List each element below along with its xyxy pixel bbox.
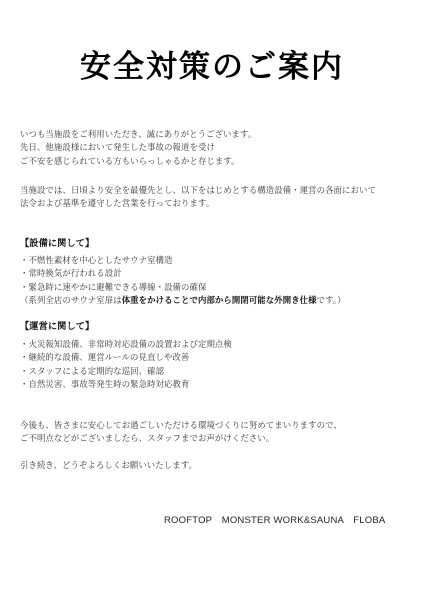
closing-line: 今後も、皆さまに安心してお過ごしいただける環境づくりに努めてまいりますので、 — [20, 419, 420, 432]
policy-line: 法令および基準を遵守した営業を行っております。 — [20, 197, 420, 210]
closing-paragraph: 今後も、皆さまに安心してお過ごしいただける環境づくりに努めてまいりますので、 ご… — [20, 419, 420, 446]
equipment-note: （系列全店のサウナ室扉は体重をかけることで内部から開閉可能な外開き仕様です。） — [20, 294, 420, 307]
operations-item: ・スタッフによる定期的な巡回、確認 — [20, 365, 420, 378]
note-suffix: です。） — [317, 295, 346, 305]
page-title: 安全対策のご案内 — [0, 47, 424, 87]
equipment-item: ・緊急時に速やかに避難できる導線・設備の確保 — [20, 281, 420, 294]
equipment-item: ・不燃性素材を中心としたサウナ室構造 — [20, 254, 420, 267]
operations-item: ・継続的な設備、運営ルールの見直しや改善 — [20, 351, 420, 364]
intro-line: ご不安を感じられている方もいらっしゃるかと存じます。 — [20, 155, 420, 168]
closing-line: ご不明点などがございましたら、スタッフまでお声がけください。 — [20, 432, 420, 445]
intro-line: 先日、他施設様において発生した事故の報道を受け — [20, 141, 420, 154]
equipment-heading: 【設備に関して】 — [20, 237, 420, 254]
closing-final-line: 引き続き、どうぞよろしくお願いいたします。 — [20, 459, 420, 472]
note-bold: 体重をかけることで内部から開閉可能な外開き仕様 — [122, 295, 317, 305]
footer-signature: ROOFTOP MONSTER WORK&SAUNA FLOBA — [164, 512, 385, 526]
intro-paragraph: いつも当施設をご利用いただき、誠にありがとうございます。 先日、他施設様において… — [20, 128, 420, 168]
operations-item: ・火災報知設備、非常時対応設備の設置および定期点検 — [20, 338, 420, 351]
note-prefix: （系列全店のサウナ室扉は — [20, 295, 122, 305]
intro-line: いつも当施設をご利用いただき、誠にありがとうございます。 — [20, 128, 420, 141]
operations-heading: 【運営に関して】 — [20, 320, 420, 338]
operations-item: ・自然災害、事故等発生時の緊急時対応教育 — [20, 378, 420, 391]
operations-section: 【運営に関して】 ・火災報知設備、非常時対応設備の設置および定期点検 ・継続的な… — [20, 320, 420, 391]
equipment-section: 【設備に関して】 ・不燃性素材を中心としたサウナ室構造 ・常時換気が行われる設計… — [20, 237, 420, 307]
equipment-item: ・常時換気が行われる設計 — [20, 267, 420, 280]
policy-line: 当施設では、日頃より安全を最優先とし、以下をはじめとする構造設備・運営の各面にお… — [20, 184, 420, 197]
policy-paragraph: 当施設では、日頃より安全を最優先とし、以下をはじめとする構造設備・運営の各面にお… — [20, 184, 420, 211]
closing-final: 引き続き、どうぞよろしくお願いいたします。 — [20, 459, 420, 472]
